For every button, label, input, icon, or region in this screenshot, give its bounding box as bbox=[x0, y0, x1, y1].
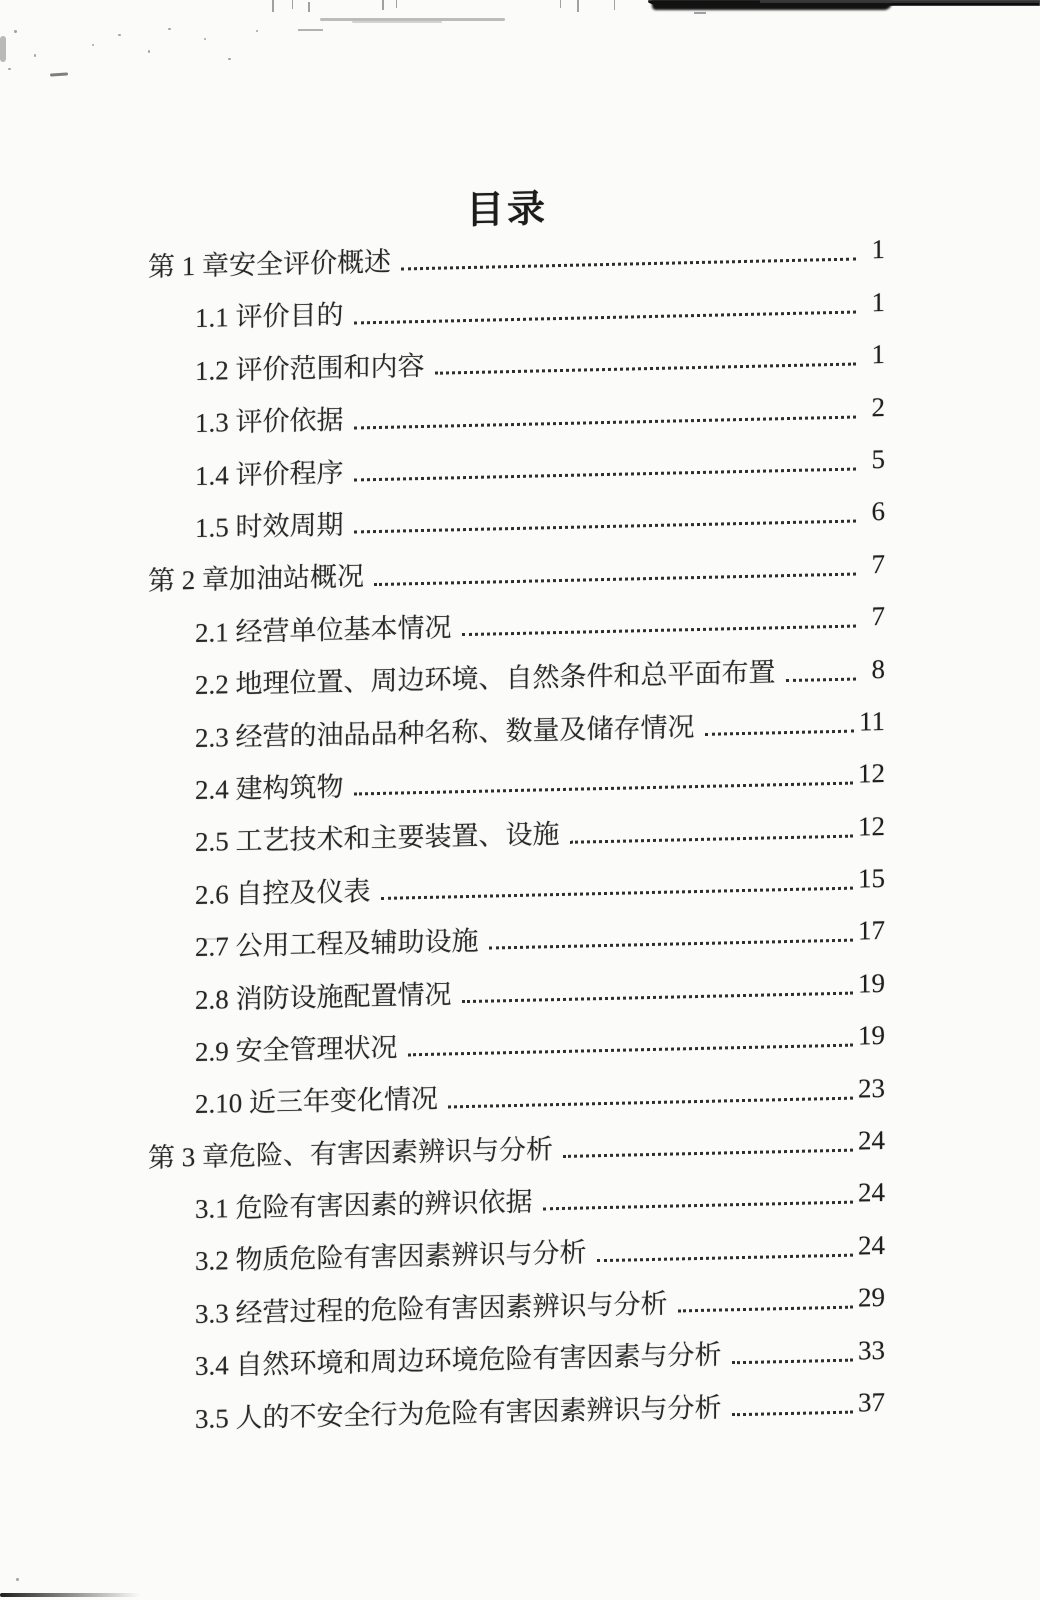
toc-entry-label: 2.4 建构筑物 bbox=[195, 773, 344, 805]
toc-entry-page-number: 1 bbox=[861, 236, 885, 264]
dot-leader bbox=[732, 1358, 854, 1364]
toc-entry-page-number: 2 bbox=[861, 393, 885, 421]
dot-leader bbox=[374, 572, 856, 586]
toc-entry-label: 1.4 评价程序 bbox=[195, 458, 344, 490]
toc-entry-page-number: 7 bbox=[861, 603, 885, 631]
toc-entry-page-number: 33 bbox=[858, 1337, 885, 1365]
toc-entry-label: 2.5 工艺技术和主要装置、设施 bbox=[195, 820, 560, 856]
dot-leader bbox=[597, 1253, 854, 1262]
toc-entry-label: 第 2 章加油站概况 bbox=[148, 563, 364, 596]
toc-entry-page-number: 1 bbox=[861, 289, 885, 317]
toc-entry-label: 3.1 危险有害因素的辨识依据 bbox=[195, 1188, 533, 1224]
toc-entry-page-number: 37 bbox=[858, 1389, 885, 1417]
dot-leader bbox=[489, 939, 854, 950]
dot-leader bbox=[462, 991, 854, 1003]
toc-entry-label: 1.1 评价目的 bbox=[195, 301, 344, 333]
toc-entry-label: 2.7 公用工程及辅助设施 bbox=[195, 927, 479, 962]
toc-entry-page-number: 1 bbox=[861, 341, 885, 369]
toc-entry-label: 1.5 时效周期 bbox=[195, 511, 344, 543]
dot-leader bbox=[401, 258, 856, 271]
dot-leader bbox=[543, 1201, 854, 1211]
toc-entry-label: 2.9 安全管理状况 bbox=[195, 1033, 398, 1066]
dot-leader bbox=[786, 677, 857, 682]
toc-entry-page-number: 19 bbox=[858, 970, 885, 998]
toc-entry-label: 3.3 经营过程的危险有害因素辨识与分析 bbox=[195, 1290, 668, 1329]
toc-list: 第 1 章安全评价概述11.1 评价目的11.2 评价范围和内容11.3 评价依… bbox=[148, 224, 885, 1445]
toc-entry-label: 1.2 评价范围和内容 bbox=[195, 352, 425, 385]
toc-entry-label: 2.6 自控及仪表 bbox=[195, 877, 371, 909]
toc-entry-page-number: 6 bbox=[861, 498, 885, 526]
toc-entry-page-number: 23 bbox=[858, 1075, 885, 1103]
toc-entry-page-number: 24 bbox=[858, 1232, 885, 1260]
dot-leader bbox=[435, 363, 857, 375]
toc-entry-label: 2.2 地理位置、周边环境、自然条件和总平面布置 bbox=[195, 658, 776, 699]
dot-leader bbox=[448, 1096, 853, 1108]
toc-entry-page-number: 19 bbox=[858, 1022, 885, 1050]
toc-entry-page-number: 24 bbox=[858, 1179, 885, 1207]
dot-leader bbox=[462, 625, 857, 637]
dot-leader bbox=[354, 468, 857, 482]
toc-entry-label: 2.3 经营的油品品种名称、数量及储存情况 bbox=[195, 713, 695, 752]
toc-entry-label: 3.5 人的不安全行为危险有害因素辨识与分析 bbox=[195, 1393, 722, 1433]
dot-leader bbox=[678, 1306, 854, 1313]
toc-entry-page-number: 12 bbox=[858, 760, 885, 788]
toc-entry-label: 2.1 经营单位基本情况 bbox=[195, 613, 452, 647]
toc-entry-label: 1.3 评价依据 bbox=[195, 406, 344, 438]
toc-entry-label: 2.10 近三年变化情况 bbox=[195, 1085, 438, 1119]
toc-entry-page-number: 5 bbox=[861, 446, 885, 474]
toc-entry-page-number: 29 bbox=[858, 1284, 885, 1312]
dot-leader bbox=[381, 887, 854, 900]
toc-entry-page-number: 24 bbox=[858, 1127, 885, 1155]
dot-leader bbox=[408, 1044, 854, 1057]
toc-entry-label: 第 1 章安全评价概述 bbox=[148, 248, 391, 282]
toc-entry-label: 第 3 章危险、有害因素辨识与分析 bbox=[148, 1135, 553, 1172]
dot-leader bbox=[563, 1149, 853, 1158]
toc-entry-label: 3.4 自然环境和周边环境危险有害因素与分析 bbox=[195, 1341, 722, 1381]
toc-entry-label: 3.2 物质危险有害因素辨识与分析 bbox=[195, 1239, 587, 1276]
toc-entry-page-number: 8 bbox=[861, 655, 885, 683]
dot-leader bbox=[732, 1411, 854, 1417]
toc-entry-page-number: 17 bbox=[858, 917, 885, 945]
dot-leader bbox=[705, 730, 855, 736]
dot-leader bbox=[354, 520, 857, 534]
dot-leader bbox=[354, 782, 854, 796]
toc-entry-page-number: 15 bbox=[858, 865, 885, 893]
dot-leader bbox=[354, 310, 857, 324]
toc-entry-page-number: 11 bbox=[859, 708, 885, 736]
toc-entry-label: 2.8 消防设施配置情况 bbox=[195, 980, 452, 1014]
toc-entry-page-number: 7 bbox=[861, 551, 885, 579]
scanned-toc-page: 目录 第 1 章安全评价概述11.1 评价目的11.2 评价范围和内容11.3 … bbox=[0, 0, 1040, 1600]
toc-entry-page-number: 12 bbox=[858, 813, 885, 841]
dot-leader bbox=[354, 415, 857, 429]
dot-leader bbox=[570, 834, 854, 843]
toc-content: 目录 第 1 章安全评价概述11.1 评价目的11.2 评价范围和内容11.3 … bbox=[0, 0, 1040, 1600]
